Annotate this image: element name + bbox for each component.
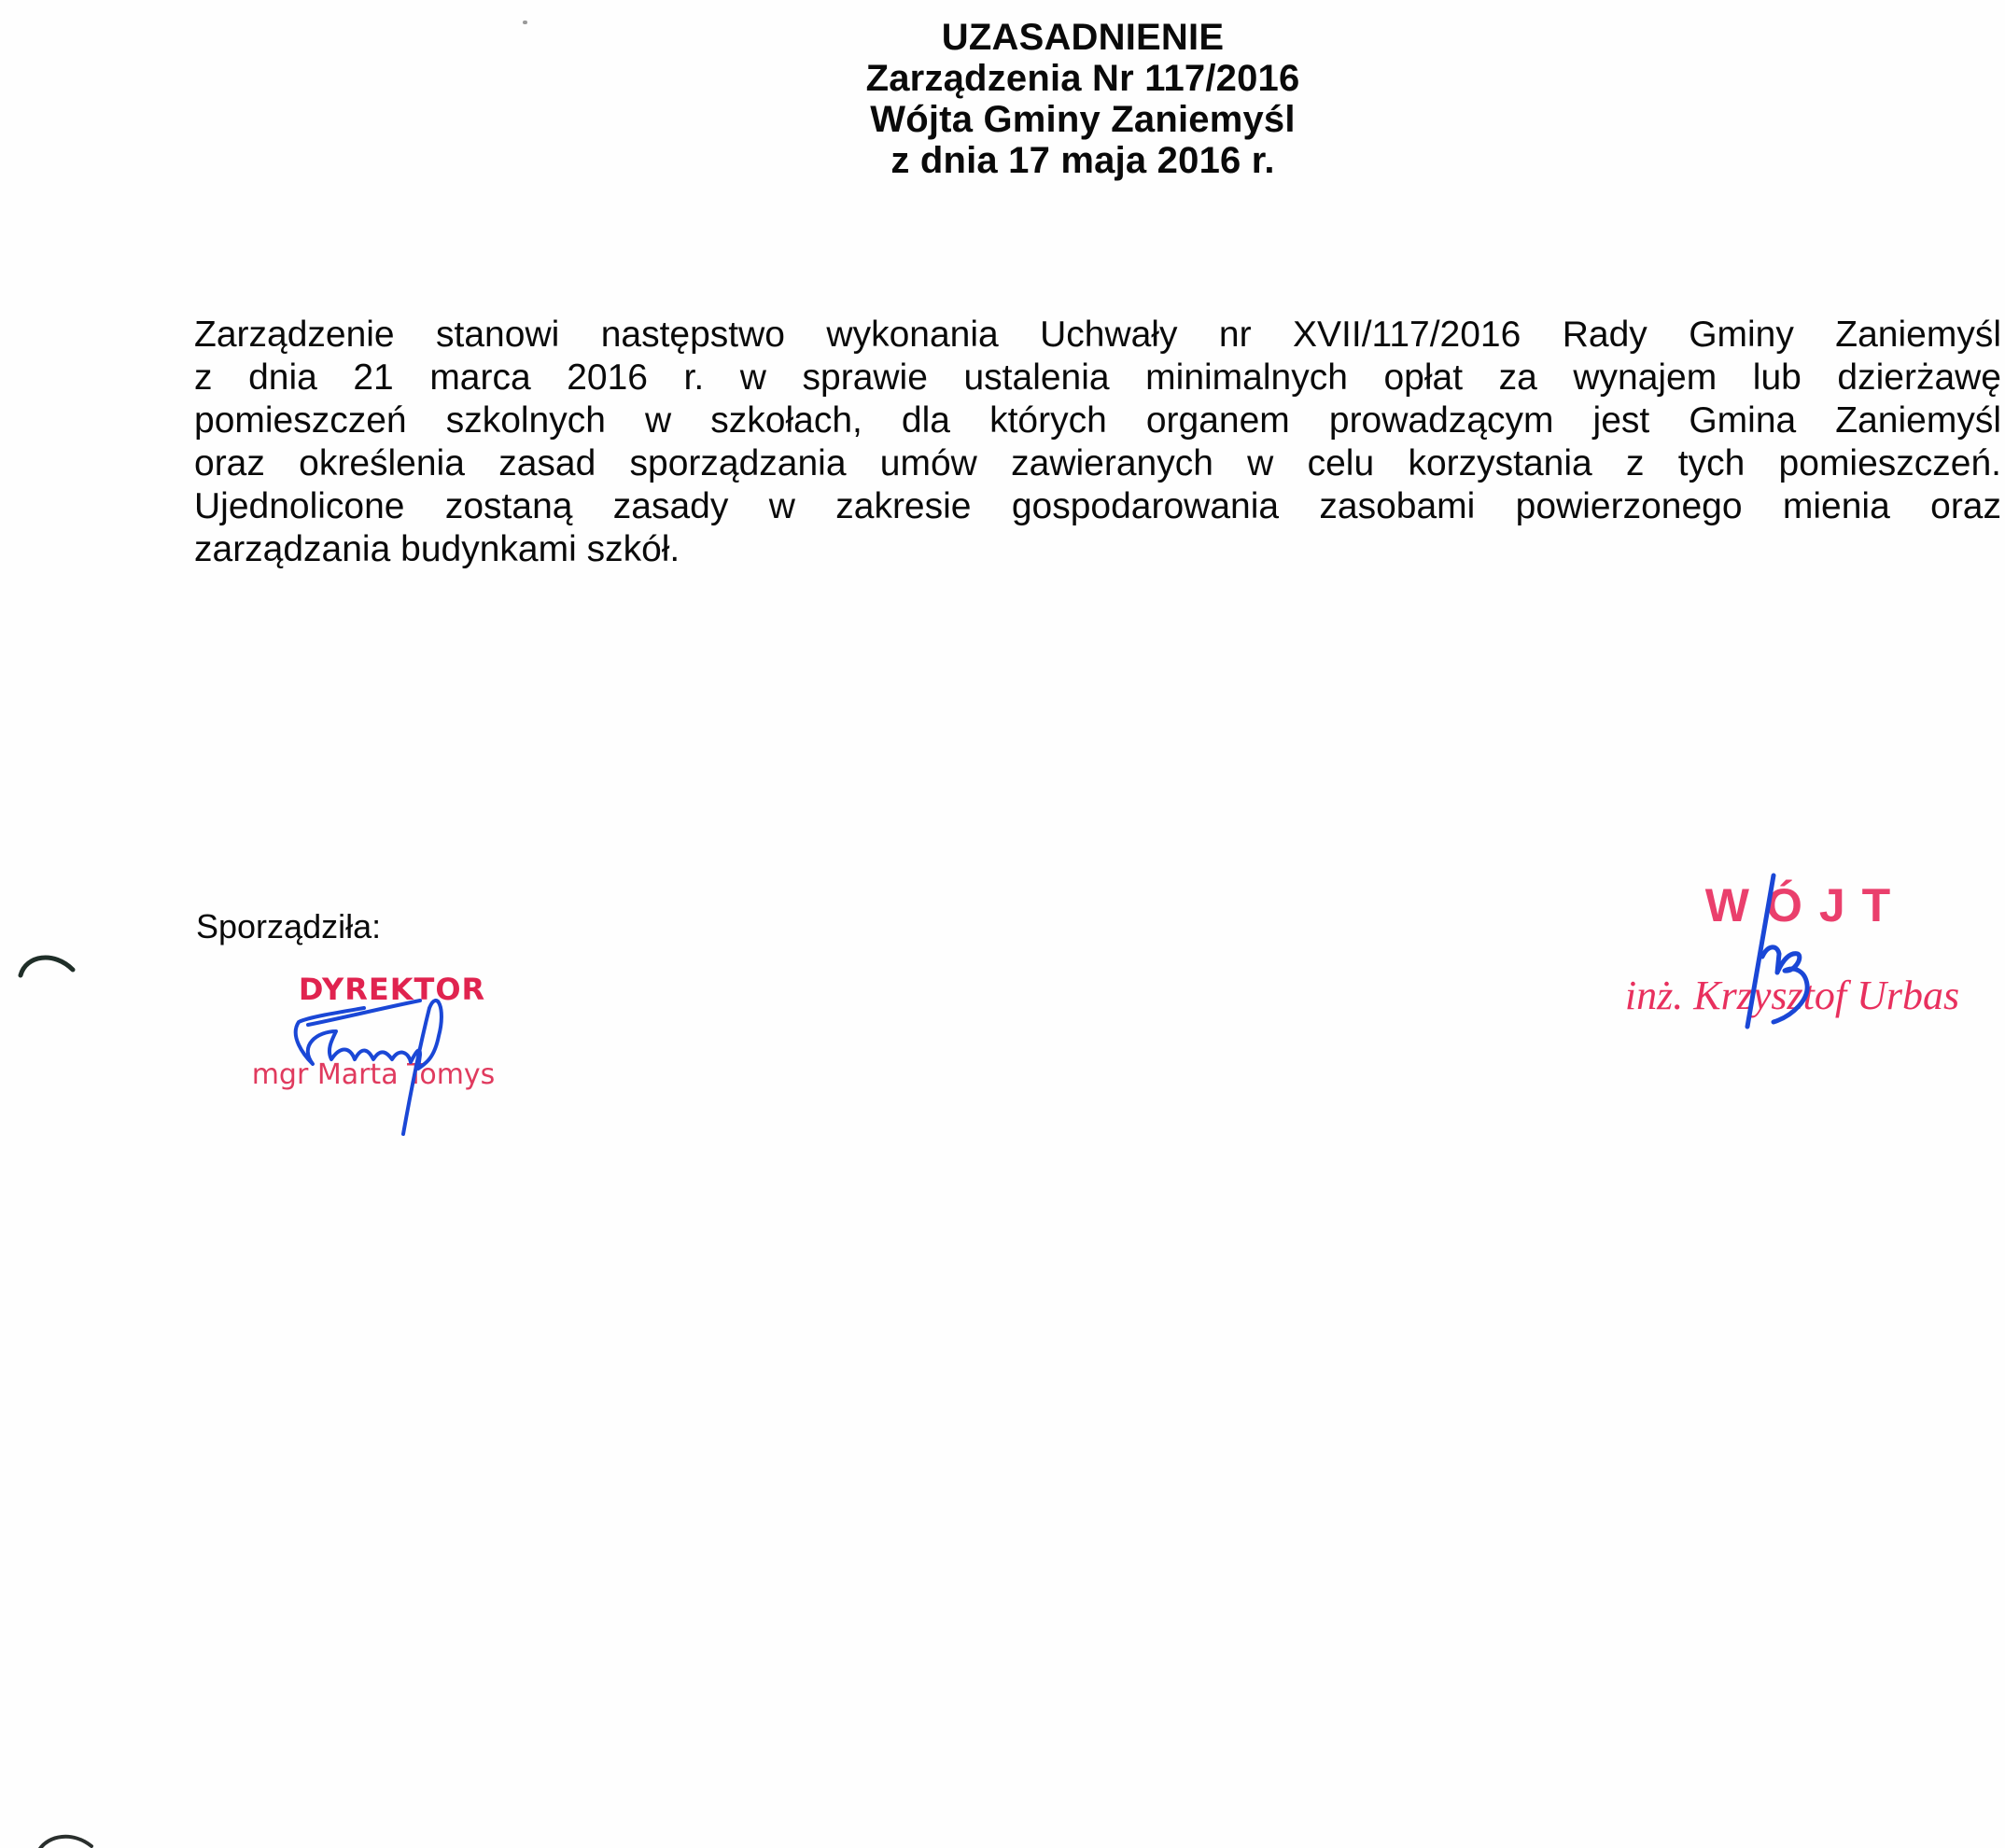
document-header: UZASADNIENIE Zarządzenia Nr 117/2016 Wój… [0,17,2005,181]
justification-body: Zarządzenie stanowi następstwo wykonania… [194,314,2001,571]
body-line: z dnia 21 marca 2016 r. w sprawie ustale… [194,357,2001,399]
director-stamp-name: mgr Marta Tomys [224,1057,523,1094]
header-date: z dnia 17 maja 2016 r. [0,140,2005,181]
document-page: UZASADNIENIE Zarządzenia Nr 117/2016 Wój… [0,0,2005,1848]
body-line: Zarządzenie stanowi następstwo wykonania… [194,314,2001,357]
body-line: zarządzania budynkami szkół. [194,528,2001,571]
director-stamp-title: DYREKTOR [261,971,523,1008]
header-title: UZASADNIENIE [0,17,2005,58]
body-line: Ujednolicone zostaną zasady w zakresie g… [194,485,2001,528]
wojt-stamp-title: WÓJT [1605,877,2005,933]
body-line: pomieszczeń szkolnych w szkołach, dla kt… [194,399,2001,442]
punch-hole-mark-icon [17,947,77,985]
prepared-by-label: Sporządziła: [196,908,381,945]
wojt-stamp: WÓJT inż. Krzysztof Urbas [1577,877,2005,1019]
header-ordinance-number: Zarządzenia Nr 117/2016 [0,58,2005,99]
body-line: oraz określenia zasad sporządzania umów … [194,442,2001,485]
punch-hole-mark-icon [35,1829,95,1848]
header-authority: Wójta Gminy Zaniemyśl [0,99,2005,140]
wojt-stamp-name: inż. Krzysztof Urbas [1577,973,2005,1019]
director-stamp: DYREKTOR mgr Marta Tomys [224,971,523,1094]
